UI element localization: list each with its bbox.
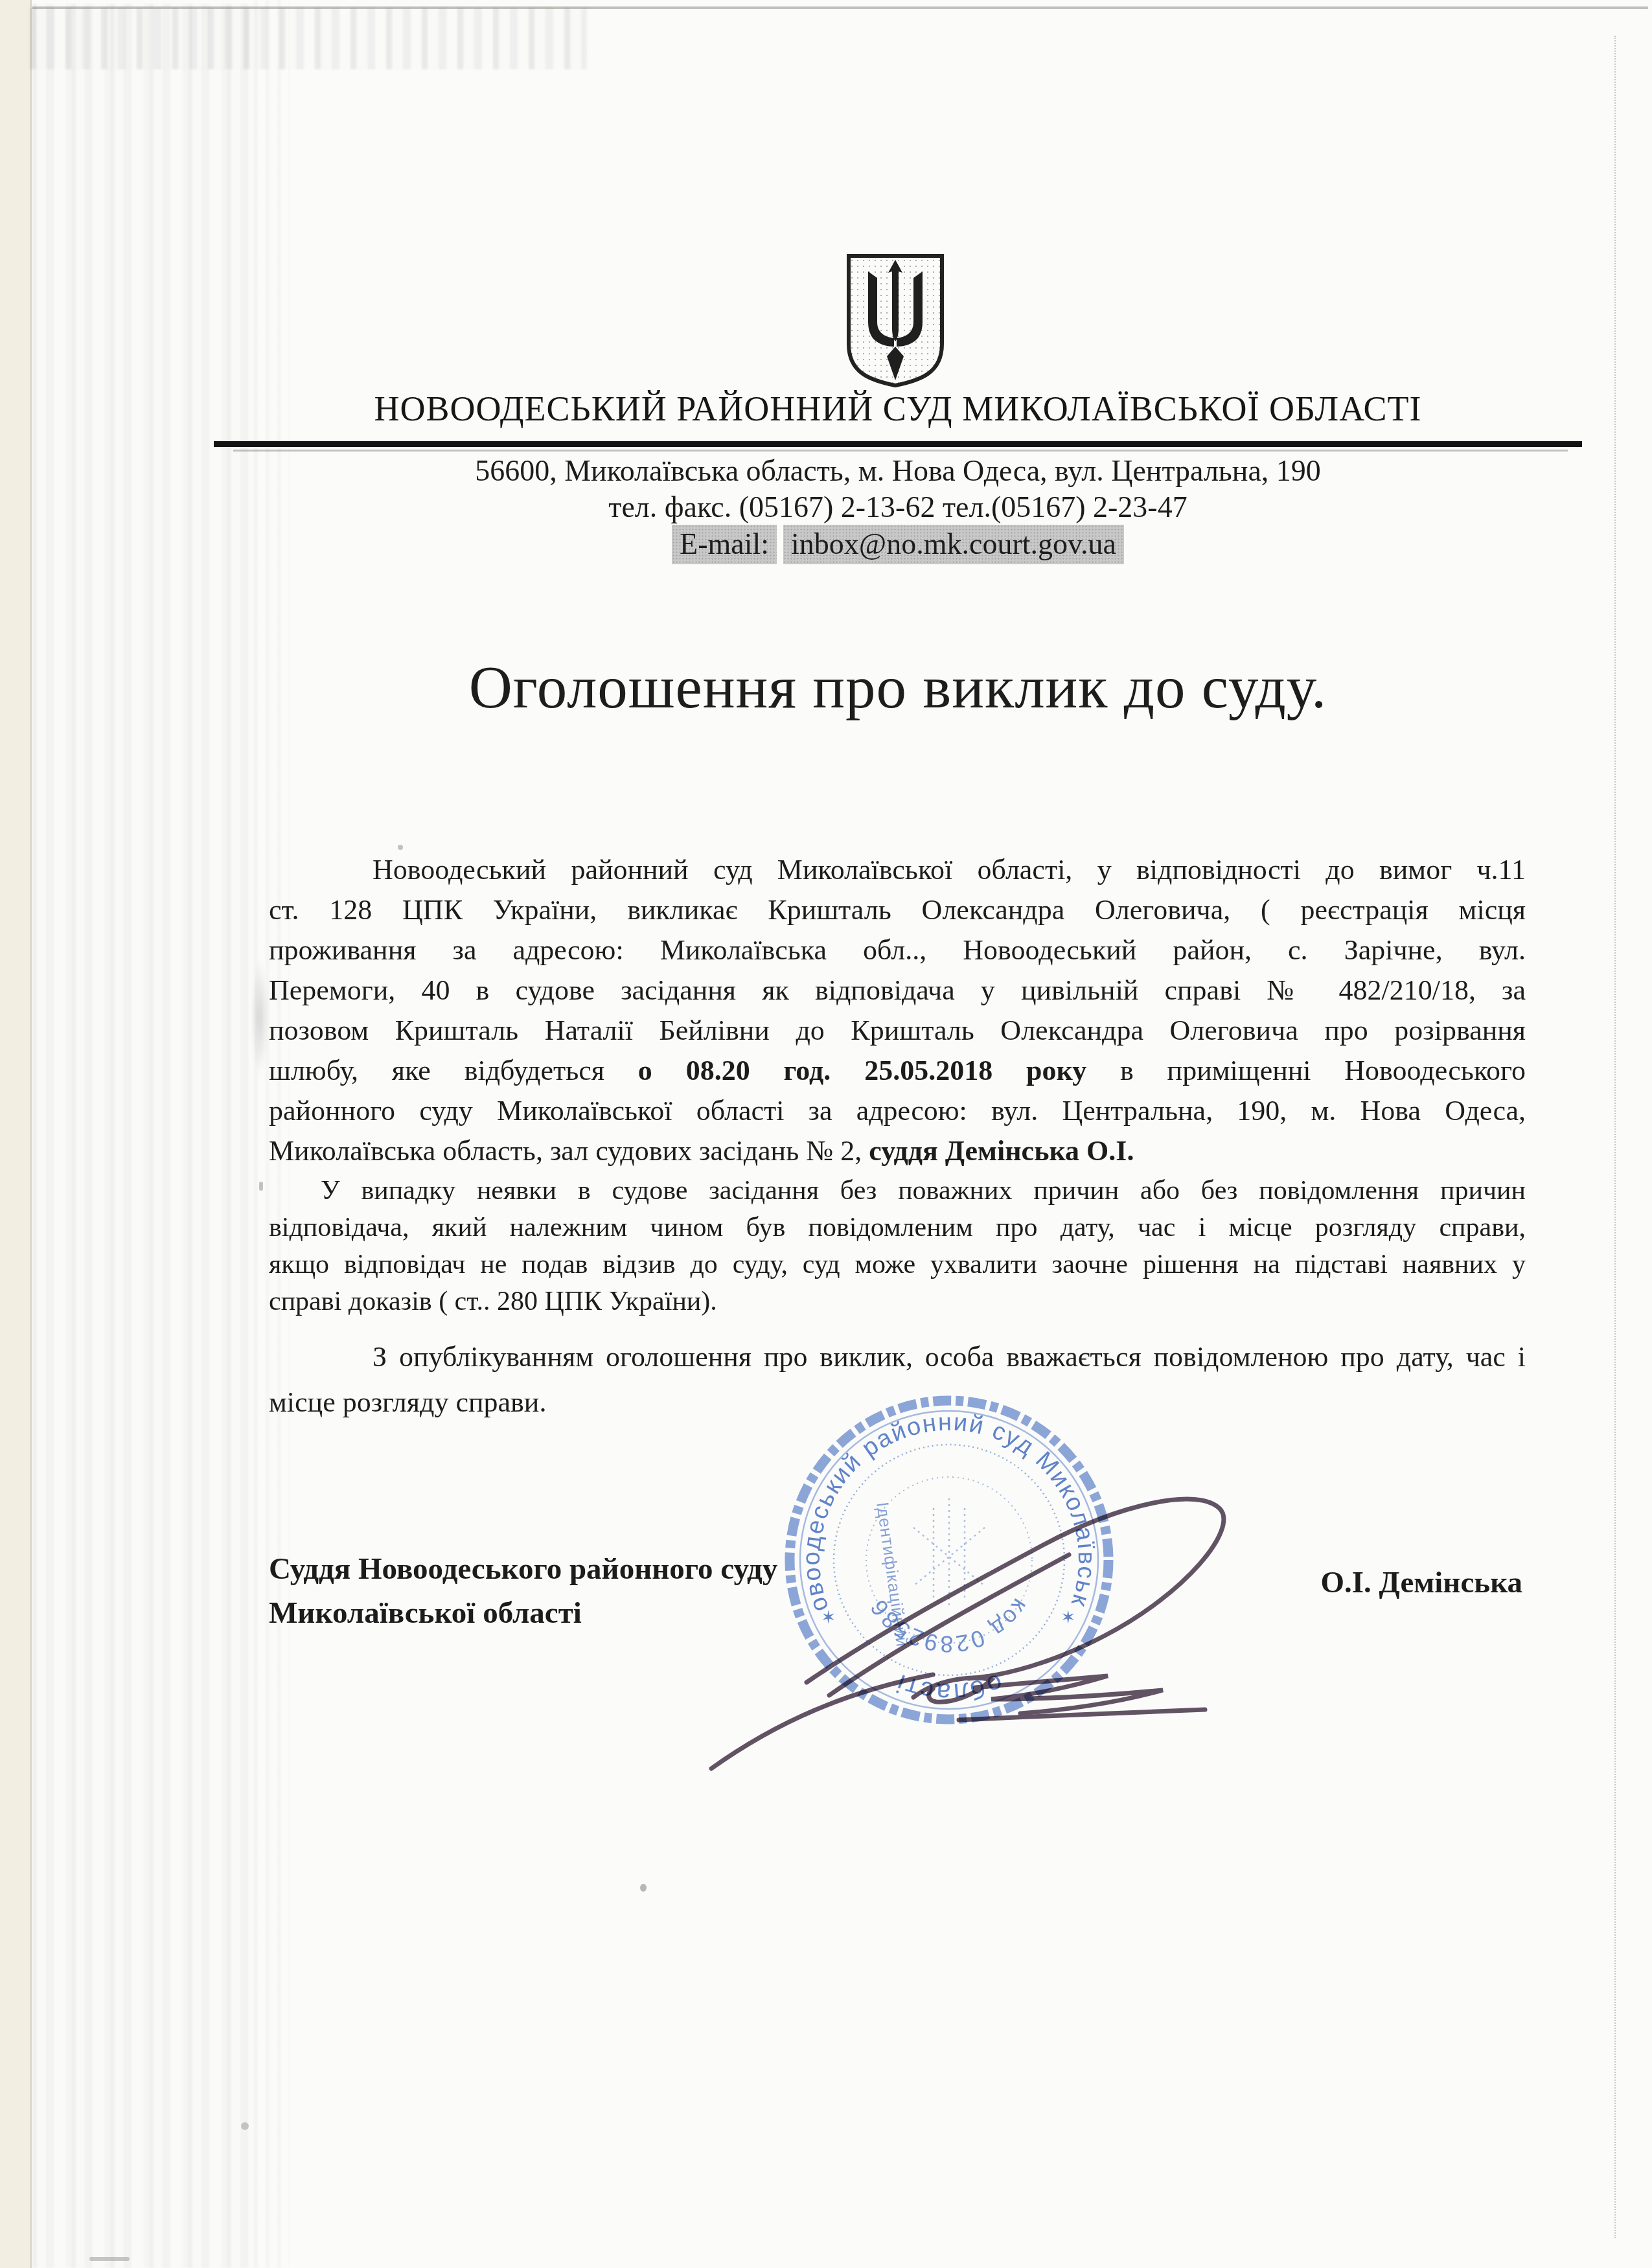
body-line: якщо відповідач не подав відзив до суду,… — [269, 1246, 1526, 1283]
header-rule — [214, 441, 1582, 447]
body-line: відповідача, який належним чином був пов… — [269, 1209, 1526, 1246]
scan-edge-line — [30, 0, 32, 2268]
body-text: шлюбу, яке відбудеться — [269, 1055, 638, 1086]
court-address-line: 56600, Миколаївська область, м. Нова Оде… — [214, 453, 1582, 488]
scan-smudge — [251, 959, 268, 1075]
body-line: ст. 128 ЦПК України, викликає Кришталь О… — [269, 890, 1526, 930]
scan-speck — [259, 1182, 263, 1191]
scan-right-dotted-line — [1614, 36, 1616, 2238]
scan-left-streaks — [32, 4, 259, 2268]
paragraph-summons: Новоодеський районний суд Миколаївської … — [269, 850, 1526, 1171]
email-address: inbox@no.mk.court.gov.ua — [783, 525, 1124, 564]
scanned-court-summons-page: НОВООДЕСЬКИЙ РАЙОННИЙ СУД МИКОЛАЇВСЬКОЇ … — [0, 0, 1652, 2268]
document-title: Оголошення про виклик до суду. — [214, 653, 1582, 722]
body-line: У випадку неявки в судове засідання без … — [269, 1173, 1526, 1209]
body-line: З опублікуванням оголошення про виклик, … — [269, 1334, 1526, 1380]
court-email-line: E-mail:inbox@no.mk.court.gov.ua — [214, 525, 1582, 564]
body-line: Перемоги, 40 в судове засідання як відпо… — [269, 970, 1526, 1011]
ukraine-tryzub-shield-emblem — [843, 251, 947, 390]
scan-bottom-dash — [89, 2257, 130, 2261]
header-rule-echo — [233, 450, 1568, 452]
body-line: Новоодеський районний суд Миколаївської … — [269, 850, 1526, 890]
body-text: Миколаївська область, зал судових засіда… — [269, 1135, 869, 1167]
body-line: проживання за адресою: Миколаївська обл.… — [269, 930, 1526, 970]
court-phone-line: тел. факс. (05167) 2-13-62 тел.(05167) 2… — [214, 490, 1582, 524]
scan-speck — [241, 2122, 249, 2130]
court-name-heading: НОВООДЕСЬКИЙ РАЙОННИЙ СУД МИКОЛАЇВСЬКОЇ … — [214, 389, 1582, 429]
judge-name-bold: суддя Демінська О.І. — [869, 1135, 1134, 1167]
scan-speck — [640, 1884, 647, 1892]
body-line: позовом Кришталь Наталії Бейлівни до Кри… — [269, 1011, 1526, 1051]
body-line: районного суду Миколаївської області за … — [269, 1091, 1526, 1131]
body-line-judge: Миколаївська область, зал судових засіда… — [269, 1131, 1526, 1171]
body-text: в приміщенні Новоодеського — [1086, 1055, 1526, 1086]
hearing-datetime-bold: о 08.20 год. 25.05.2018 року — [638, 1055, 1086, 1086]
judge-signature-name: О.І. Демінська — [1263, 1565, 1522, 1600]
paragraph-absence-warning: У випадку неявки в судове засідання без … — [269, 1173, 1526, 1320]
body-line: справі доказів ( ст.. 280 ЦПК України). — [269, 1283, 1526, 1320]
scan-speck — [398, 845, 403, 850]
scan-edge-strip — [0, 0, 30, 2268]
email-label: E-mail: — [672, 525, 777, 564]
body-line-hearing-datetime: шлюбу, яке відбудеться о 08.20 год. 25.0… — [269, 1051, 1526, 1091]
handwritten-signature — [680, 1438, 1263, 1781]
